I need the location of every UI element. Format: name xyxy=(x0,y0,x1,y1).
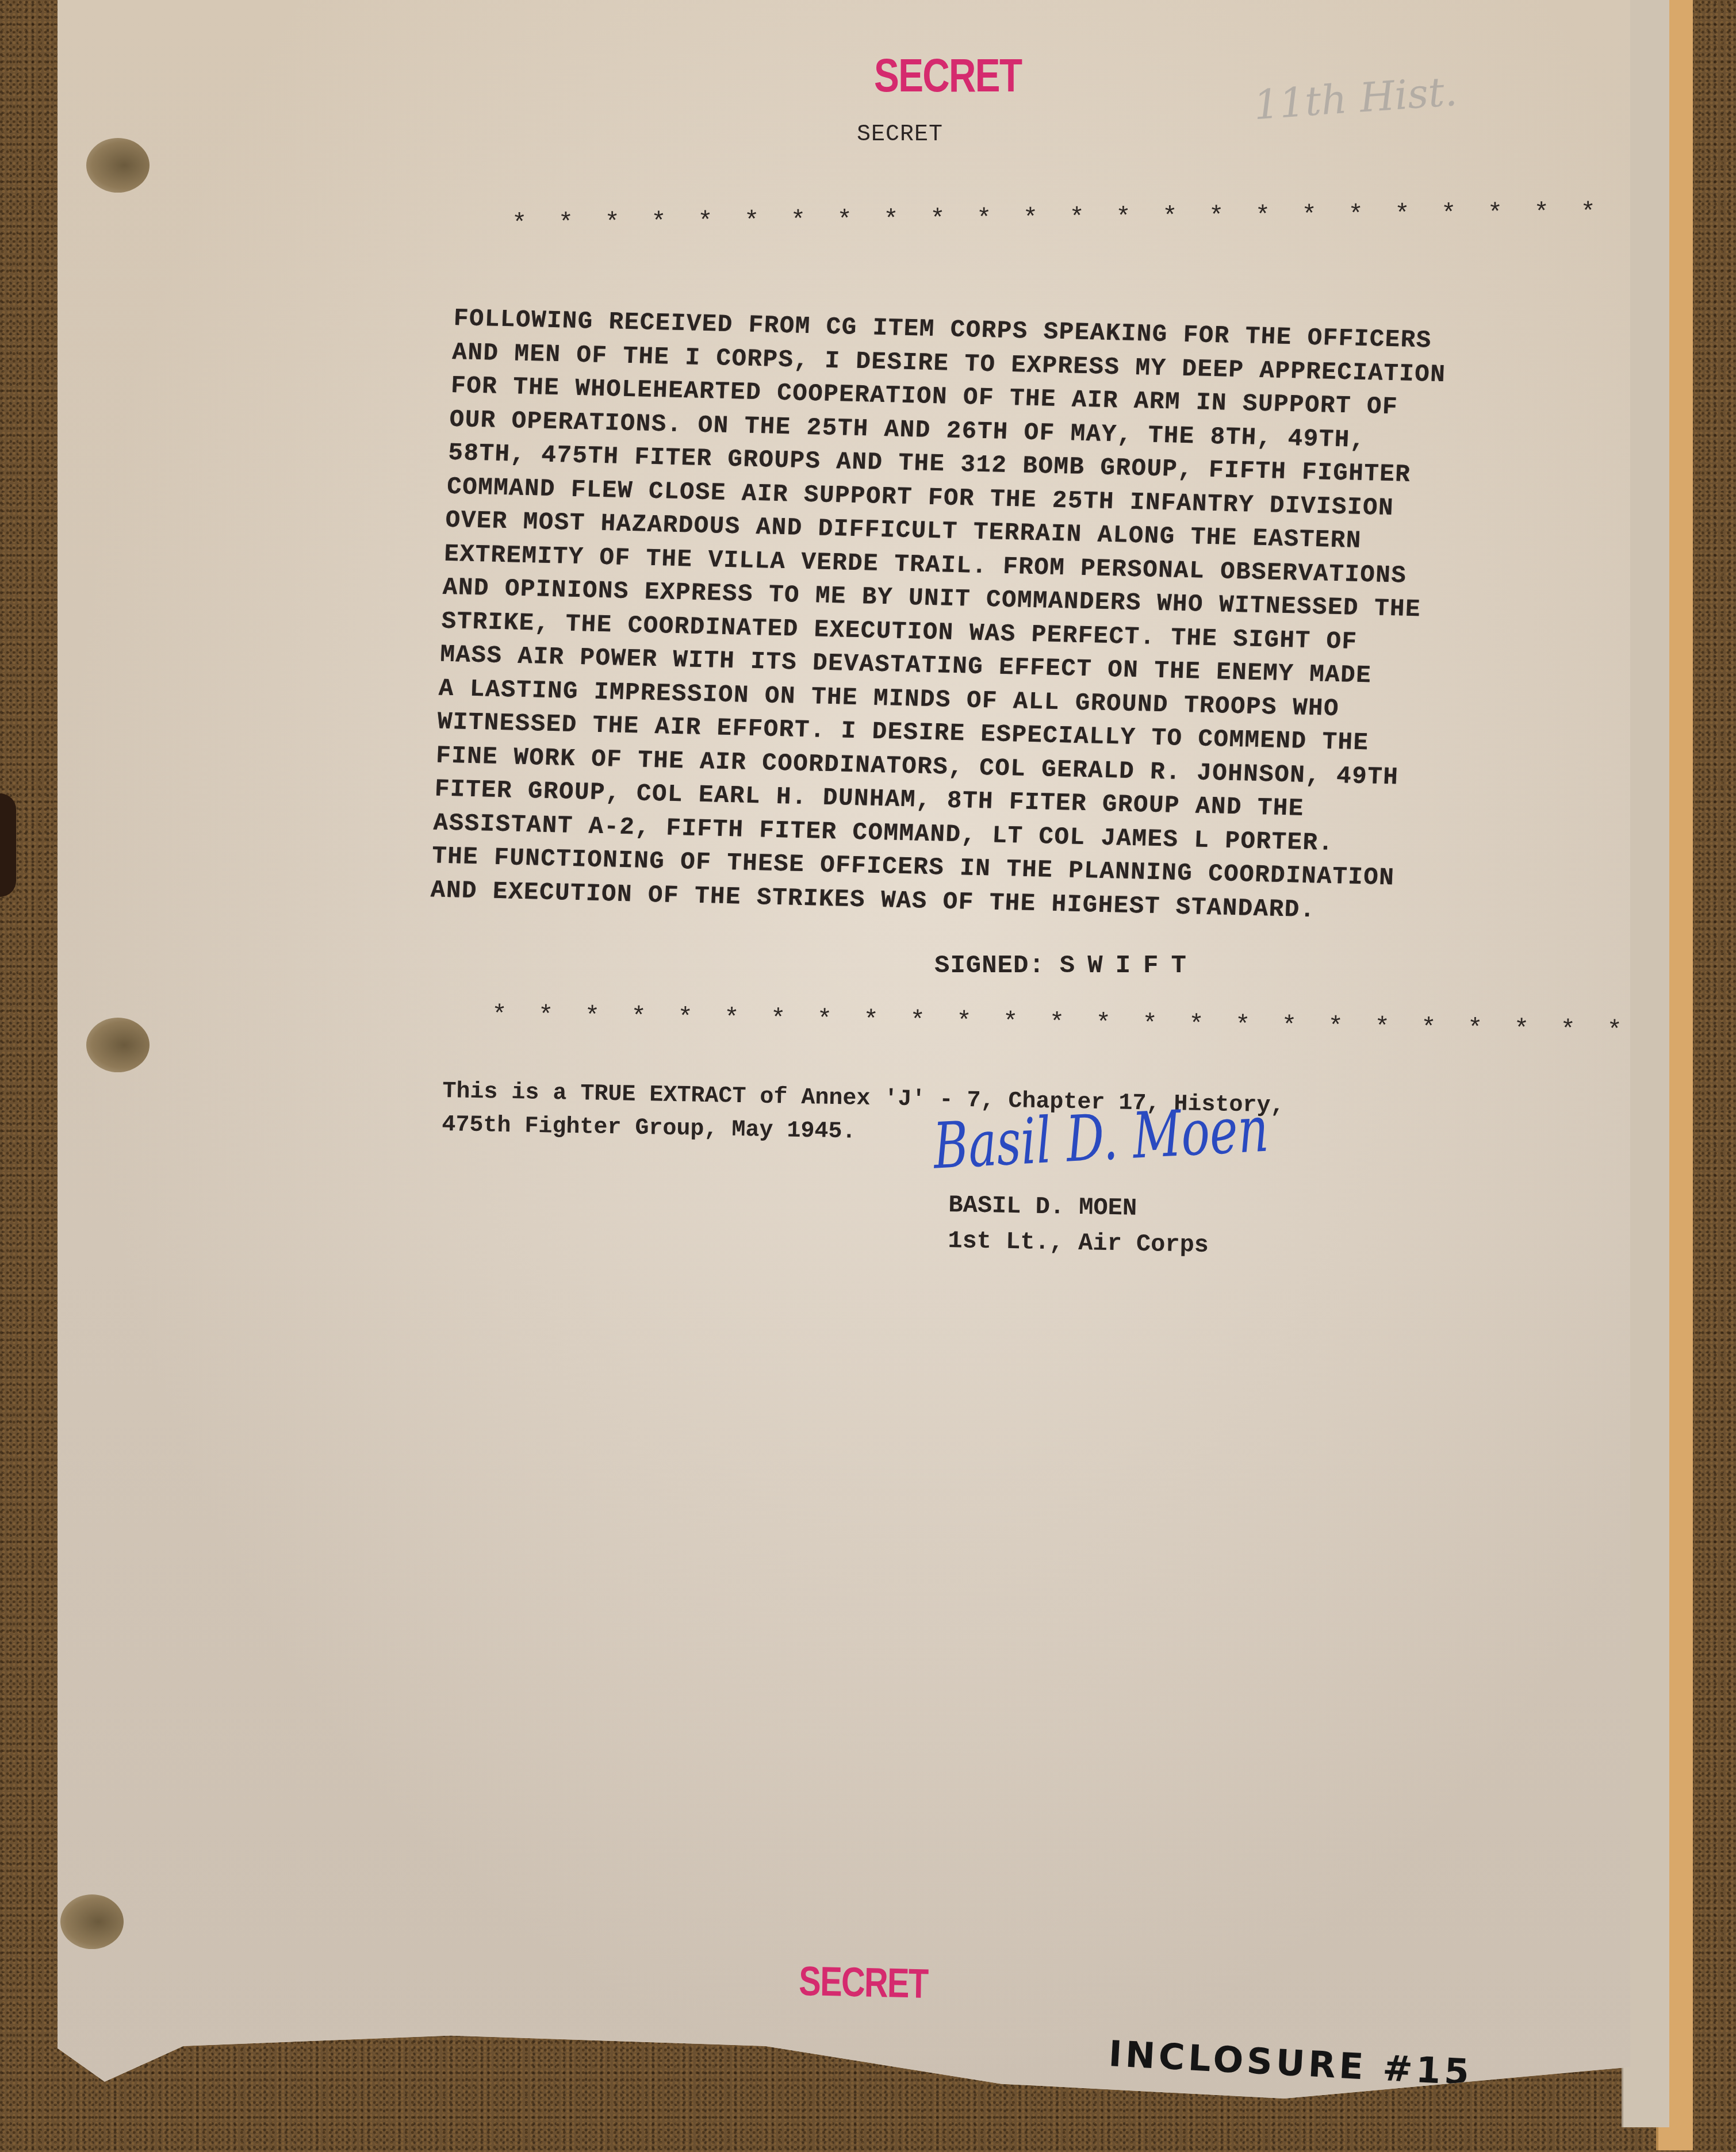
ghost-handwriting: 11th Hist. xyxy=(1252,68,1459,129)
punch-hole-icon xyxy=(86,1018,150,1072)
signed-line: SIGNED:SWIFT xyxy=(934,952,1199,980)
classification-stamp-bottom: SECRET xyxy=(799,1958,928,2008)
document-page: 11th Hist. SECRET SECRET * * * * * * * *… xyxy=(58,0,1630,2099)
classification-stamp-top: SECRET xyxy=(874,49,1021,103)
typed-classification: SECRET xyxy=(857,122,943,148)
signed-name: SWIFT xyxy=(1060,952,1199,980)
signature-block: BASIL D. MOEN 1st Lt., Air Corps xyxy=(948,1187,1210,1263)
separator-top: * * * * * * * * * * * * * * * * * * * * … xyxy=(512,198,1604,239)
binder-clip-shadow xyxy=(0,793,16,897)
signer-name: BASIL D. MOEN xyxy=(948,1187,1210,1227)
message-body: FOLLOWING RECEIVED FROM CG ITEM CORPS SP… xyxy=(430,302,1547,931)
punch-hole-icon xyxy=(60,1894,124,1949)
inclosure-note: INCLOSURE #15 xyxy=(1107,2032,1473,2093)
signed-label: SIGNED: xyxy=(934,952,1045,980)
punch-hole-icon xyxy=(86,138,150,193)
separator-bottom: * * * * * * * * * * * * * * * * * * * * … xyxy=(492,1001,1630,1046)
signer-rank: 1st Lt., Air Corps xyxy=(948,1223,1209,1263)
